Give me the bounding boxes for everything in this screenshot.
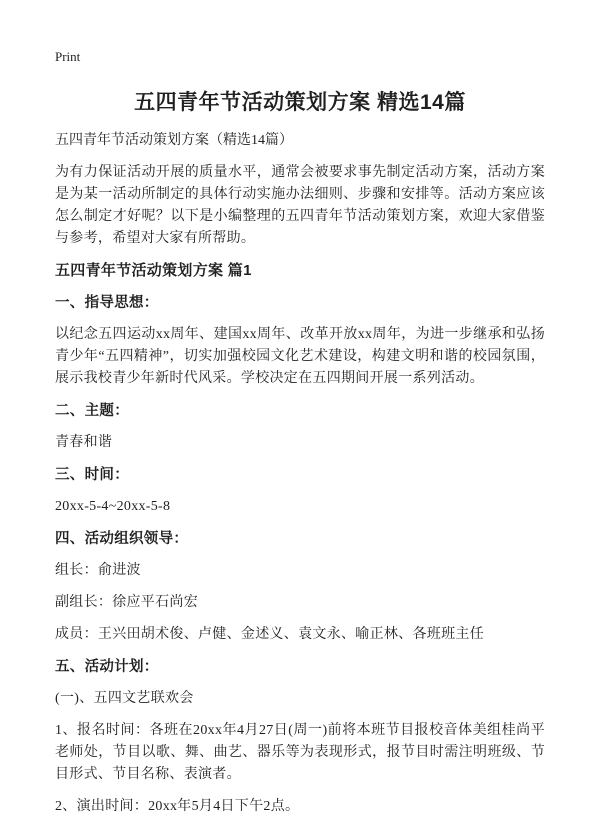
section-heading-guiding-thought: 一、指导思想： [55, 292, 545, 314]
doc-paragraph-leader: 组长：俞进波 [55, 560, 545, 582]
doc-paragraph-members: 成员：王兴田胡术俊、卢健、金述义、袁文永、喻正林、各班班主任 [55, 624, 545, 646]
section-heading-theme: 二、主题： [55, 400, 545, 422]
document-page: Print 五四青年节活动策划方案 精选14篇 五四青年节活动策划方案（精选14… [0, 0, 600, 828]
page-title: 五四青年节活动策划方案 精选14篇 [55, 89, 545, 116]
doc-paragraph-signup-time: 1、报名时间：各班在20xx年4月27日(周一)前将本班节目报校音体美组桂尚平老… [55, 720, 545, 786]
section-heading-activity-plan: 五、活动计划： [55, 656, 545, 678]
doc-paragraph-deputy-leader: 副组长：徐应平石尚宏 [55, 592, 545, 614]
doc-paragraph-subsection: (一)、五四文艺联欢会 [55, 688, 545, 710]
doc-paragraph: 青春和谐 [55, 432, 545, 454]
doc-paragraph-show-time: 2、演出时间：20xx年5月4日下午2点。 [55, 796, 545, 818]
doc-paragraph-intro: 为有力保证活动开展的质量水平，通常会被要求事先制定活动方案，活动方案是为某一活动… [55, 162, 545, 250]
section-heading-organization: 四、活动组织领导： [55, 528, 545, 550]
doc-paragraph: 以纪念五四运动xx周年、建国xx周年、改革开放xx周年，为进一步继承和弘扬青少年… [55, 324, 545, 390]
article-1-heading: 五四青年节活动策划方案 篇1 [55, 260, 545, 282]
section-heading-time: 三、时间： [55, 464, 545, 486]
print-button[interactable]: Print [55, 49, 80, 65]
doc-paragraph: 20xx-5-4~20xx-5-8 [55, 496, 545, 518]
document-subtitle: 五四青年节活动策划方案（精选14篇） [55, 130, 545, 152]
